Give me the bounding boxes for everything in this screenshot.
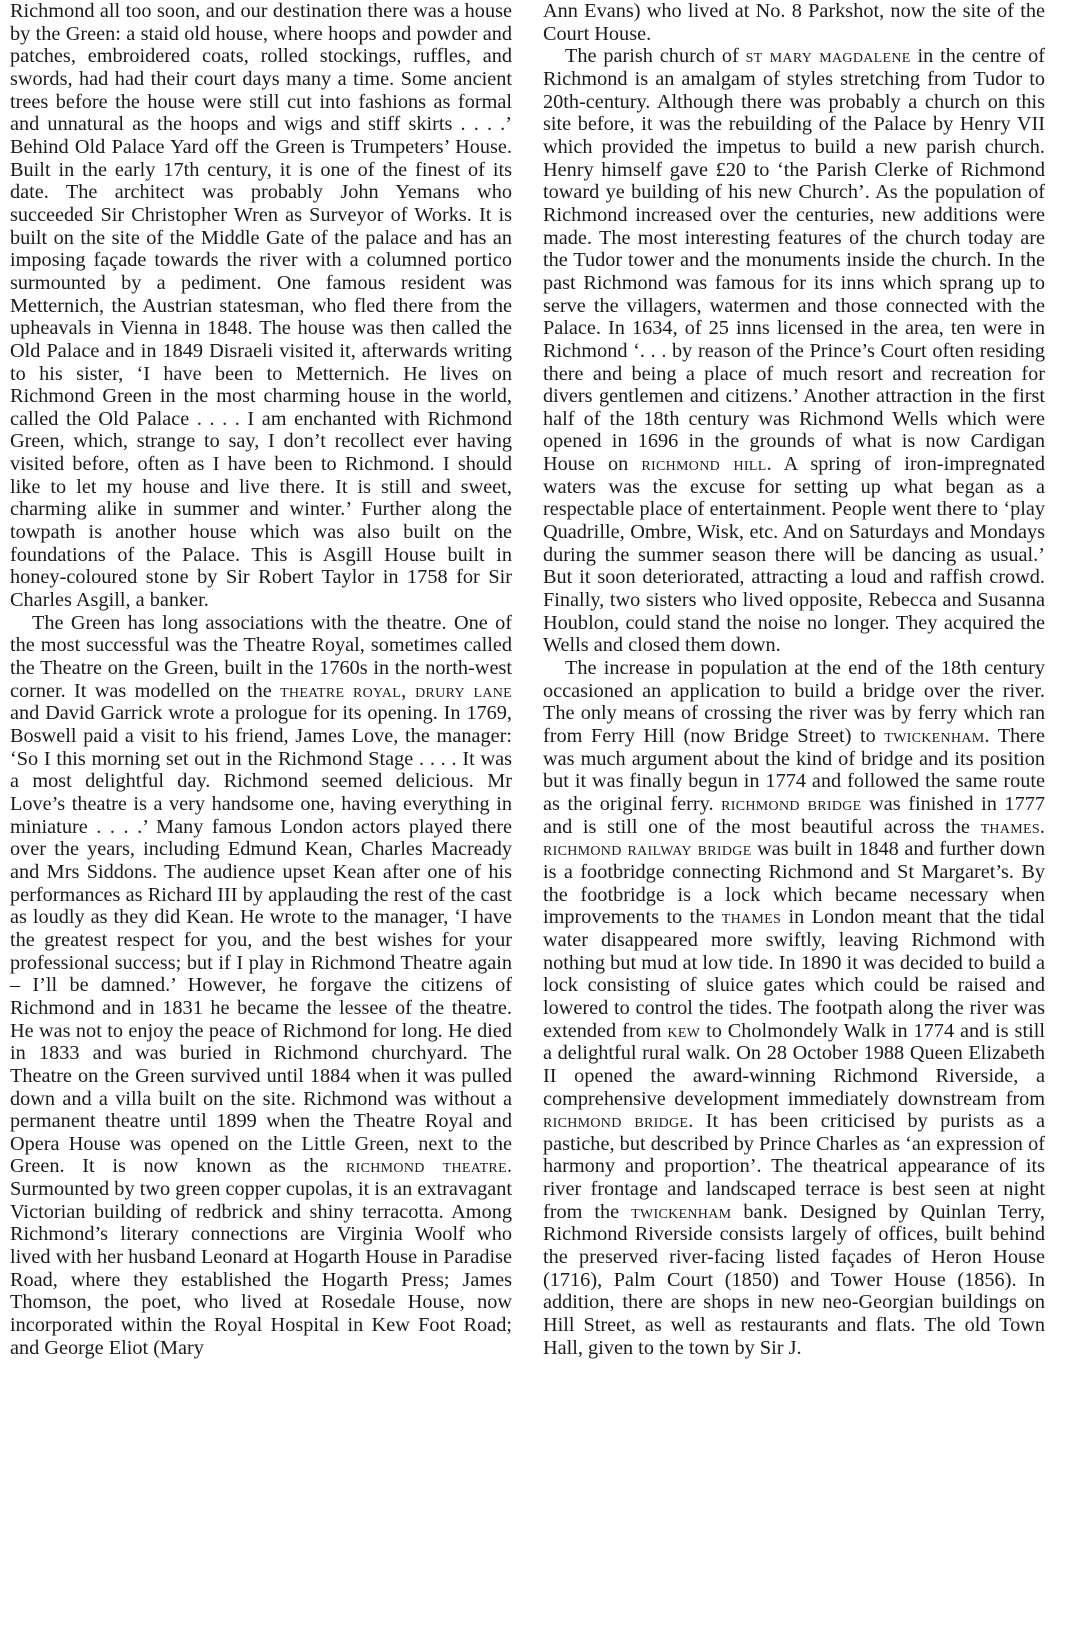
small-caps-place-name: Kew [667, 1020, 700, 1042]
small-caps-place-name: Richmond Hill [641, 453, 766, 475]
right-column: Ann Evans) who lived at No. 8 Parkshot, … [543, 0, 1045, 1633]
text-run: Richmond all too soon, and our destinati… [10, 0, 512, 611]
paragraph: The increase in population at the end of… [543, 657, 1045, 1359]
paragraph: Richmond all too soon, and our destinati… [10, 0, 512, 612]
text-run: . [1040, 816, 1045, 838]
paragraph: The Green has long associations with the… [10, 612, 512, 1360]
paragraph: Ann Evans) who lived at No. 8 Parkshot, … [543, 0, 1045, 45]
text-run: in the centre of Richmond is an amalgam … [543, 45, 1045, 475]
text-run: and David Garrick wrote a prologue for i… [10, 702, 512, 1177]
text-run: Ann Evans) who lived at No. 8 Parkshot, … [543, 0, 1045, 45]
small-caps-place-name: St Mary Magdalene [746, 45, 911, 67]
text-run: bank. Designed by Quinlan Terry, Richmon… [543, 1201, 1045, 1359]
small-caps-place-name: Thames [722, 906, 781, 928]
book-page: Richmond all too soon, and our destinati… [10, 0, 1045, 1633]
text-run: The parish church of [565, 45, 746, 67]
small-caps-place-name: Richmond Theatre [346, 1155, 507, 1177]
small-caps-place-name: Twickenham [884, 725, 984, 747]
small-caps-place-name: Twickenham [631, 1201, 731, 1223]
small-caps-place-name: Richmond Bridge [721, 793, 861, 815]
text-run: . Surmounted by two green copper cupolas… [10, 1155, 512, 1358]
small-caps-place-name: Theatre Royal, Drury Lane [280, 680, 512, 702]
left-column: Richmond all too soon, and our destinati… [10, 0, 512, 1633]
small-caps-place-name: Thames [981, 816, 1040, 838]
text-run: . A spring of iron-impregnated waters wa… [543, 453, 1045, 656]
small-caps-place-name: Richmond Railway Bridge [543, 838, 752, 860]
paragraph: The parish church of St Mary Magdalene i… [543, 45, 1045, 657]
small-caps-place-name: Richmond Bridge [543, 1110, 688, 1132]
